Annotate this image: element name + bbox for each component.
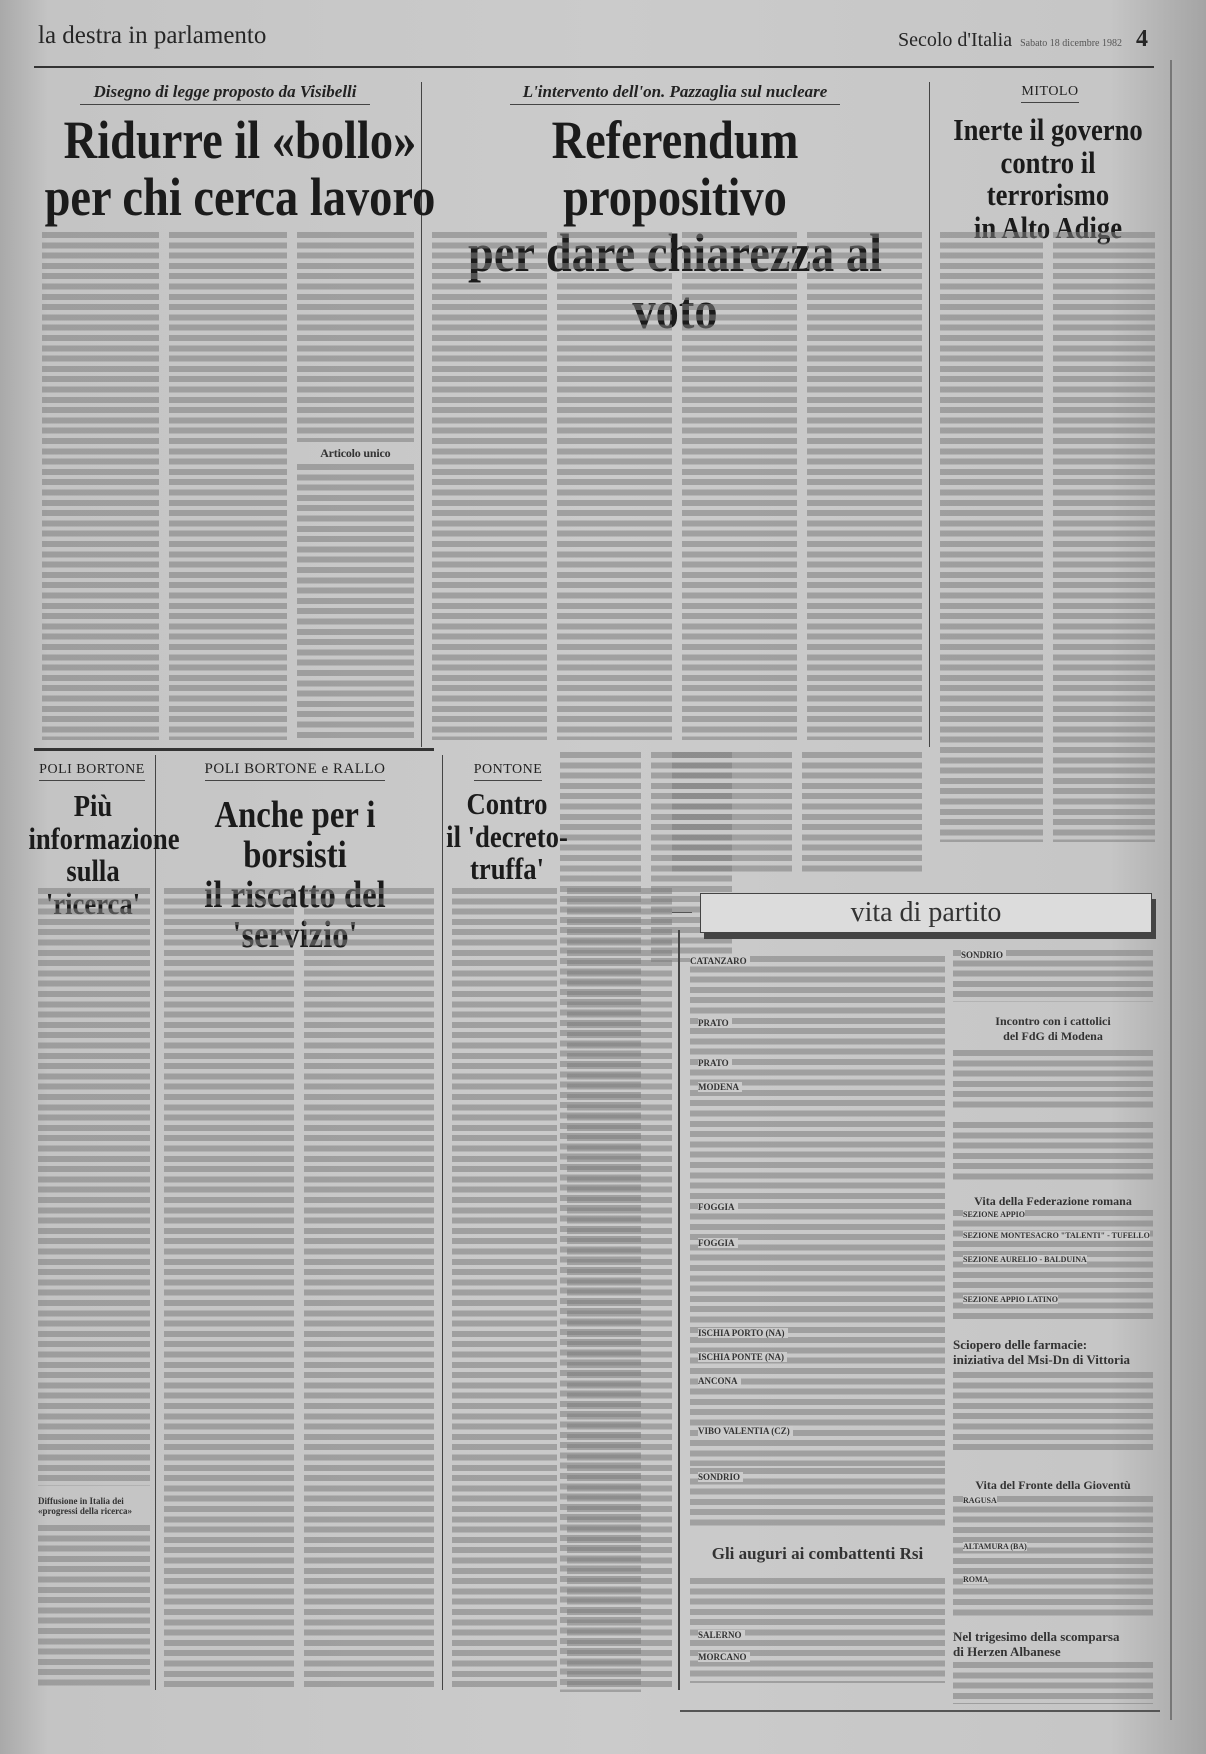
heading-line: Incontro con i cattolici (953, 1014, 1153, 1029)
headline-line: per chi cerca lavoro (42, 169, 438, 226)
entry-place: ANCONA (698, 1376, 741, 1386)
article-kicker: PONTONE (474, 762, 543, 781)
vita-left-column: CATANZARO PRATO PRATO MODENA FOGGIA FOGG… (690, 956, 945, 1686)
entry-section: SEZIONE APPIO (963, 1210, 1025, 1219)
entry-place: SALERNO (698, 1630, 745, 1640)
section-title: vita di partito (851, 897, 1002, 928)
text-column (452, 888, 557, 1688)
heading-line: Nel trigesimo della scomparsa (953, 1630, 1153, 1645)
article-kicker: Disegno di legge proposto da Visibelli (80, 82, 370, 105)
headline-line: Inerte il governo (936, 114, 1160, 147)
entry-place: SONDRIO (961, 950, 1006, 960)
article-bollo-kicker-wrap: Disegno di legge proposto da Visibelli (80, 82, 370, 105)
federazione-heading: Vita della Federazione romana (953, 1194, 1153, 1209)
entry-place: ALTAMURA (BA) (963, 1542, 1027, 1551)
article-body (452, 888, 672, 1688)
incontro-heading: Incontro con i cattolici del FdG di Mode… (953, 1014, 1153, 1044)
page-number: 4 (1136, 26, 1148, 53)
article-subhead: Diffusione in Italia dei «progressi dell… (38, 1496, 150, 1517)
headline-line: contro il terrorismo (936, 147, 1160, 212)
entry-place: PRATO (698, 1018, 732, 1028)
entry-place: PRATO (698, 1058, 732, 1068)
article-kicker: L'intervento dell'on. Pazzaglia sul nucl… (510, 82, 840, 105)
entries-block (953, 1662, 1153, 1704)
article-body (432, 232, 922, 740)
section-title: la destra in parlamento (38, 22, 266, 50)
article-body (940, 232, 1155, 842)
headline-line: informazione (29, 823, 158, 856)
article-headline: Contro il 'decreto- truffa' (443, 788, 572, 886)
article-mitolo-kicker-wrap: MITOLO (940, 82, 1160, 103)
entry-place: RAGUSA (963, 1496, 997, 1505)
issue-date: Sabato 18 dicembre 1982 (1020, 38, 1122, 49)
text-column (42, 232, 159, 740)
entry-place: MORCANO (698, 1652, 750, 1662)
article-subhead: Articolo unico (297, 448, 414, 458)
entries-block (953, 1050, 1153, 1112)
heading-line: di Herzen Albanese (953, 1645, 1153, 1660)
text-column (432, 232, 547, 740)
entry-section: SEZIONE AURELIO - BALDUINA (963, 1255, 1087, 1264)
entries-block (953, 1372, 1153, 1454)
page-edge (1170, 60, 1172, 1720)
trigesimo-heading: Nel trigesimo della scomparsa di Herzen … (953, 1630, 1153, 1660)
article-body-continued (672, 752, 922, 872)
text-column (169, 232, 286, 740)
fronte-heading: Vita del Fronte della Gioventù (953, 1478, 1153, 1493)
text-column (1053, 232, 1156, 842)
newspaper-name: Secolo d'Italia (898, 29, 1012, 52)
entry-place: CATANZARO (690, 956, 750, 966)
entries-block (953, 1122, 1153, 1184)
article-ricerca-kicker-wrap: POLI BORTONE (36, 760, 148, 781)
headline-line: il 'decreto- (443, 821, 572, 854)
entry-section: SEZIONE APPIO LATINO (963, 1295, 1058, 1304)
column-divider (678, 930, 680, 1690)
headline-line: Anche per i borsisti (166, 796, 424, 876)
text-column (672, 752, 792, 872)
entry-place: ROMA (963, 1575, 988, 1584)
text-column (304, 888, 434, 1688)
entry-place: SONDRIO (698, 1472, 743, 1482)
entry-section: SEZIONE MONTESACRO "TALENTI" - TUFELLO (963, 1231, 1150, 1240)
article-referendum-kicker-wrap: L'intervento dell'on. Pazzaglia sul nucl… (510, 82, 840, 105)
heading-line: del FdG di Modena (953, 1029, 1153, 1044)
text-column (164, 888, 294, 1688)
entry-place: ISCHIA PORTO (NA) (698, 1328, 788, 1338)
entry-place: FOGGIA (698, 1238, 738, 1248)
header-rule (34, 66, 1154, 68)
auguri-heading: Gli auguri ai combattenti Rsi (690, 1544, 945, 1564)
heading-line: iniziativa del Msi-Dn di Vittoria (953, 1353, 1153, 1368)
column-divider (442, 755, 443, 1690)
section-box-vita-di-partito: vita di partito (700, 893, 1152, 933)
text-column (802, 752, 922, 872)
newspaper-page: la destra in parlamento Secolo d'Italia … (0, 0, 1206, 1754)
text-column: Articolo unico (297, 232, 414, 740)
text-column (557, 232, 672, 740)
text-column (567, 888, 672, 1688)
heading-line: Sciopero delle farmacie: (953, 1338, 1153, 1353)
entry-place: FOGGIA (698, 1202, 738, 1212)
bottom-rule (680, 1710, 1160, 1712)
headline-line: Contro (443, 788, 572, 821)
box-rule (672, 912, 692, 913)
entries-block (953, 1496, 1153, 1616)
text-column (682, 232, 797, 740)
headline-line: Ridurre il «bollo» (42, 112, 438, 169)
column-divider (929, 82, 930, 747)
sciopero-heading: Sciopero delle farmacie: iniziativa del … (953, 1338, 1153, 1368)
headline-line: truffa' (443, 853, 572, 886)
entry-place: ISCHIA PONTE (NA) (698, 1352, 787, 1362)
article-kicker: MITOLO (1021, 84, 1078, 103)
entry-place: VIBO VALENTIA (CZ) (698, 1426, 793, 1436)
headline-line: Più (29, 790, 158, 823)
vita-right-column: SONDRIO Incontro con i cattolici del FdG… (953, 950, 1153, 1690)
section-rule (34, 748, 434, 751)
headline-line: Referendum propositivo (443, 112, 907, 225)
article-kicker: POLI BORTONE e RALLO (205, 761, 386, 781)
article-decreto-kicker-wrap: PONTONE (448, 760, 568, 781)
entry-place: MODENA (698, 1082, 742, 1092)
article-body: Diffusione in Italia dei «progressi dell… (38, 888, 150, 1688)
text-column (807, 232, 922, 740)
article-borsisti-kicker-wrap: POLI BORTONE e RALLO (160, 760, 430, 781)
article-kicker: POLI BORTONE (39, 762, 145, 781)
masthead: Secolo d'Italia Sabato 18 dicembre 1982 … (898, 26, 1148, 53)
text-column (940, 232, 1043, 842)
article-headline: Ridurre il «bollo» per chi cerca lavoro (42, 112, 438, 225)
article-body (164, 888, 434, 1688)
article-body: Articolo unico (42, 232, 414, 740)
article-headline: Inerte il governo contro il terrorismo i… (936, 114, 1160, 244)
